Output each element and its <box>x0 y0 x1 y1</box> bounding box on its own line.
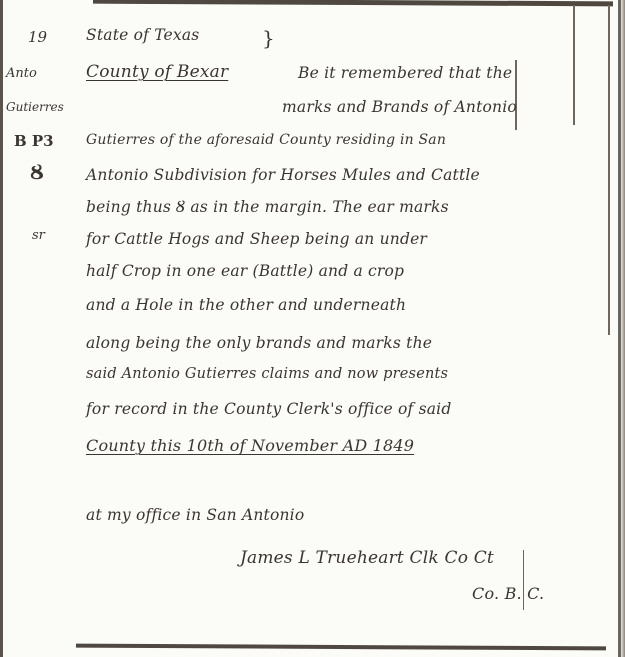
margin-name-last: Gutierres <box>6 100 64 114</box>
margin-brand-marks: B P3 <box>14 132 54 150</box>
clerk-title: Co. B. C. <box>472 584 544 603</box>
body-line-12-date: County this 10th of November AD 1849 <box>86 436 414 455</box>
column-rule <box>573 5 575 125</box>
body-line-9: along being the only brands and marks th… <box>86 334 432 352</box>
record-number: 19 <box>28 28 47 46</box>
margin-name-first: Anto <box>6 66 37 81</box>
body-line-3: Gutierres of the aforesaid County residi… <box>86 132 446 148</box>
body-line-2: marks and Brands of Antonio <box>282 98 517 116</box>
body-line-11: for record in the County Clerk's office … <box>86 400 451 418</box>
body-line-7: half Crop in one ear (Battle) and a crop <box>86 262 404 280</box>
column-rule <box>608 5 610 335</box>
top-ruled-line <box>93 0 613 6</box>
clerk-signature: James L Trueheart Clk Co Ct <box>240 548 494 568</box>
heading-bracket: } <box>262 26 275 50</box>
body-line-10: said Antonio Gutierres claims and now pr… <box>86 366 448 382</box>
margin-ear-mark-note: sr <box>32 228 45 243</box>
heading-county: County of Bexar <box>86 62 228 82</box>
document-page: 19 Anto Gutierres B P3 Ȣ sr State of Tex… <box>0 0 625 657</box>
scan-border-right <box>615 0 625 657</box>
body-line-1: Be it remembered that the <box>298 64 512 82</box>
body-line-5: being thus Ȣ as in the margin. The ear m… <box>86 198 449 216</box>
bottom-ruled-line <box>76 644 606 651</box>
body-line-6: for Cattle Hogs and Sheep being an under <box>86 230 427 248</box>
body-line-8: and a Hole in the other and underneath <box>86 296 406 314</box>
column-rule <box>515 60 517 130</box>
brand-symbol-icon: Ȣ <box>30 160 44 184</box>
body-line-13: at my office in San Antonio <box>86 506 304 524</box>
scan-border-left <box>0 0 3 657</box>
heading-state: State of Texas <box>86 26 199 44</box>
body-line-4: Antonio Subdivision for Horses Mules and… <box>86 166 480 184</box>
